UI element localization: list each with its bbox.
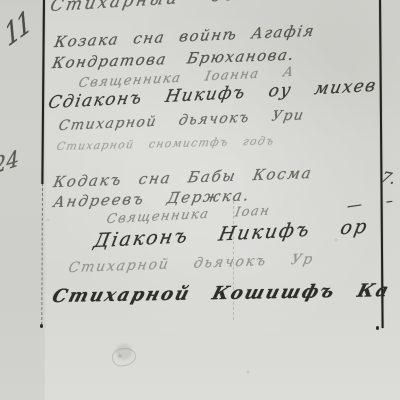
column-rule-right bbox=[379, 0, 384, 328]
rule-end-dot-right bbox=[376, 326, 379, 330]
ink-dash-right: – bbox=[385, 194, 394, 209]
handwritten-line-clerk-signature: Стихарной Кошишфъ Ка bbox=[50, 282, 392, 306]
rule-end-dot-left bbox=[40, 324, 43, 328]
handwritten-line-pencil-faint: Стихарной сномистфъ годъ bbox=[56, 135, 276, 152]
entry-number-24: 24 bbox=[0, 148, 20, 178]
ink-dash-left: — bbox=[346, 197, 363, 214]
handwritten-line-clerk: Стихарной дьячокъ Ури bbox=[57, 108, 305, 133]
column-rule-left-dotted bbox=[41, 183, 43, 325]
column-rule-left-solid bbox=[41, 0, 45, 184]
paper-smudge bbox=[110, 346, 137, 369]
handwritten-line-cossack-entry-2: Кодакъ сна Бабы Косма bbox=[52, 166, 314, 190]
document-scan: 11 24 7. — – Стихарный дьячекъ Гри Козак… bbox=[0, 0, 400, 400]
handwritten-line-clerk-faint-2: Стихарной дьячокъ Ур bbox=[67, 252, 315, 275]
handwritten-line-clerk-top: Стихарный дьячекъ Гри bbox=[49, 0, 376, 15]
entry-number-11: 11 bbox=[2, 7, 32, 52]
